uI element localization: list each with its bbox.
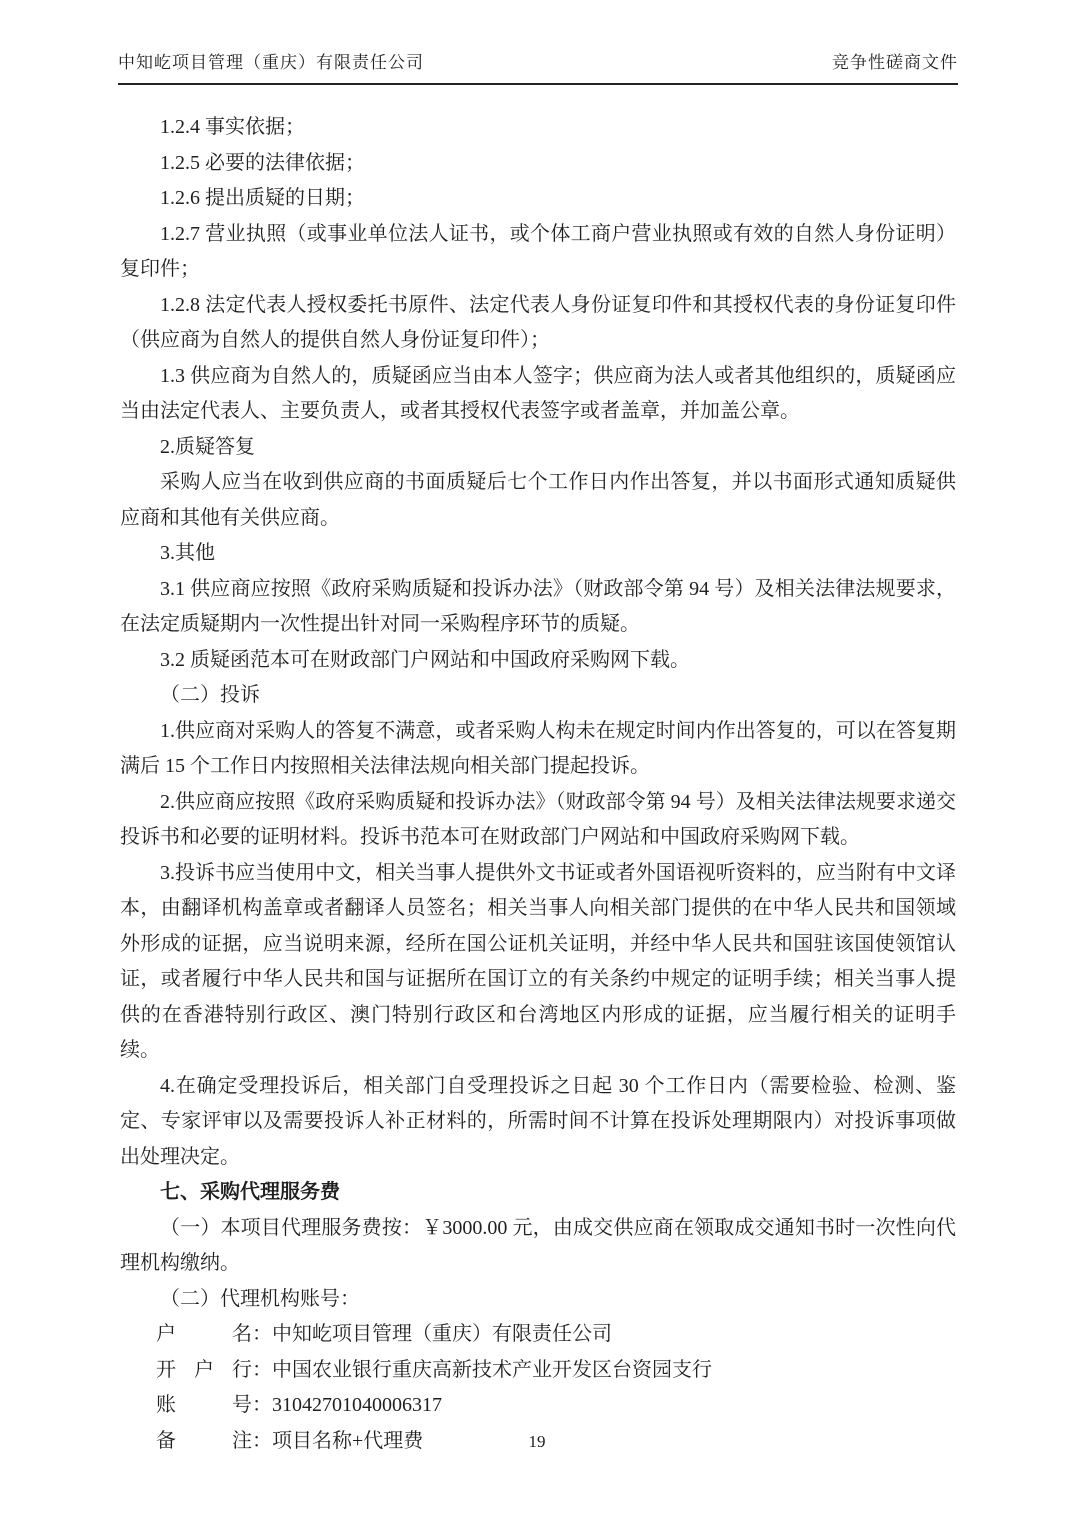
document-page: 中知屹项目管理（重庆）有限责任公司 竞争性磋商文件 1.2.4 事实依据； 1.… xyxy=(0,0,1074,1520)
account-row-label: 开户行 xyxy=(156,1353,252,1389)
body-paragraph: 3.其他 xyxy=(120,536,956,572)
account-row-separator: ： xyxy=(252,1323,272,1345)
section-heading-procurement-agency-fee: 七、采购代理服务费 xyxy=(120,1175,956,1211)
body-paragraph: 1.2.5 必要的法律依据； xyxy=(120,146,956,182)
account-row-separator: ： xyxy=(252,1359,272,1381)
body-paragraph: （一）本项目代理服务费按：￥3000.00 元，由成交供应商在领取成交通知书时一… xyxy=(120,1211,956,1282)
header-company-name: 中知屹项目管理（重庆）有限责任公司 xyxy=(118,48,424,73)
account-row-label: 户名 xyxy=(156,1317,252,1353)
account-row-value: 31042701040006317 xyxy=(272,1394,442,1416)
body-paragraph: 1.2.7 营业执照（或事业单位法人证书，或个体工商户营业执照或有效的自然人身份… xyxy=(120,217,956,288)
account-row: 户名：中知屹项目管理（重庆）有限责任公司 xyxy=(120,1317,956,1353)
body-paragraph: 1.3 供应商为自然人的，质疑函应当由本人签字；供应商为法人或者其他组织的，质疑… xyxy=(120,359,956,430)
account-row: 开户行：中国农业银行重庆高新技术产业开发区台资园支行 xyxy=(120,1353,956,1389)
body-paragraph: 3.2 质疑函范本可在财政部门户网站和中国政府采购网下载。 xyxy=(120,643,956,679)
body-paragraph: 3.1 供应商应按照《政府采购质疑和投诉办法》（财政部令第 94 号）及相关法律… xyxy=(120,572,956,643)
body-paragraph: 4.在确定受理投诉后，相关部门自受理投诉之日起 30 个工作日内（需要检验、检测… xyxy=(120,1069,956,1176)
body-paragraph: 1.2.4 事实依据； xyxy=(120,110,956,146)
body-paragraph: （二）代理机构账号： xyxy=(120,1282,956,1318)
body-paragraph: 2.供应商应按照《政府采购质疑和投诉办法》（财政部令第 94 号）及相关法律法规… xyxy=(120,785,956,856)
page-header: 中知屹项目管理（重庆）有限责任公司 竞争性磋商文件 xyxy=(118,48,958,85)
account-row-value: 中知屹项目管理（重庆）有限责任公司 xyxy=(272,1323,612,1345)
account-row-separator: ： xyxy=(252,1394,272,1416)
account-row: 账号：31042701040006317 xyxy=(120,1388,956,1424)
body-paragraph: 1.2.8 法定代表人授权委托书原件、法定代表人身份证复印件和其授权代表的身份证… xyxy=(120,288,956,359)
account-row-value: 中国农业银行重庆高新技术产业开发区台资园支行 xyxy=(272,1359,712,1381)
body-paragraph: 1.供应商对采购人的答复不满意，或者采购人构未在规定时间内作出答复的，可以在答复… xyxy=(120,714,956,785)
body-paragraph: 3.投诉书应当使用中文，相关当事人提供外文书证或者外国语视听资料的，应当附有中文… xyxy=(120,856,956,1069)
page-number: 19 xyxy=(0,1432,1074,1452)
body-paragraph: 1.2.6 提出质疑的日期； xyxy=(120,181,956,217)
document-body: 1.2.4 事实依据； 1.2.5 必要的法律依据； 1.2.6 提出质疑的日期… xyxy=(120,110,956,1459)
header-doc-type: 竞争性磋商文件 xyxy=(832,48,958,73)
account-row-label: 账号 xyxy=(156,1388,252,1424)
body-paragraph: 采购人应当在收到供应商的书面质疑后七个工作日内作出答复，并以书面形式通知质疑供应… xyxy=(120,465,956,536)
body-paragraph: 2.质疑答复 xyxy=(120,430,956,466)
body-paragraph: （二）投诉 xyxy=(120,678,956,714)
